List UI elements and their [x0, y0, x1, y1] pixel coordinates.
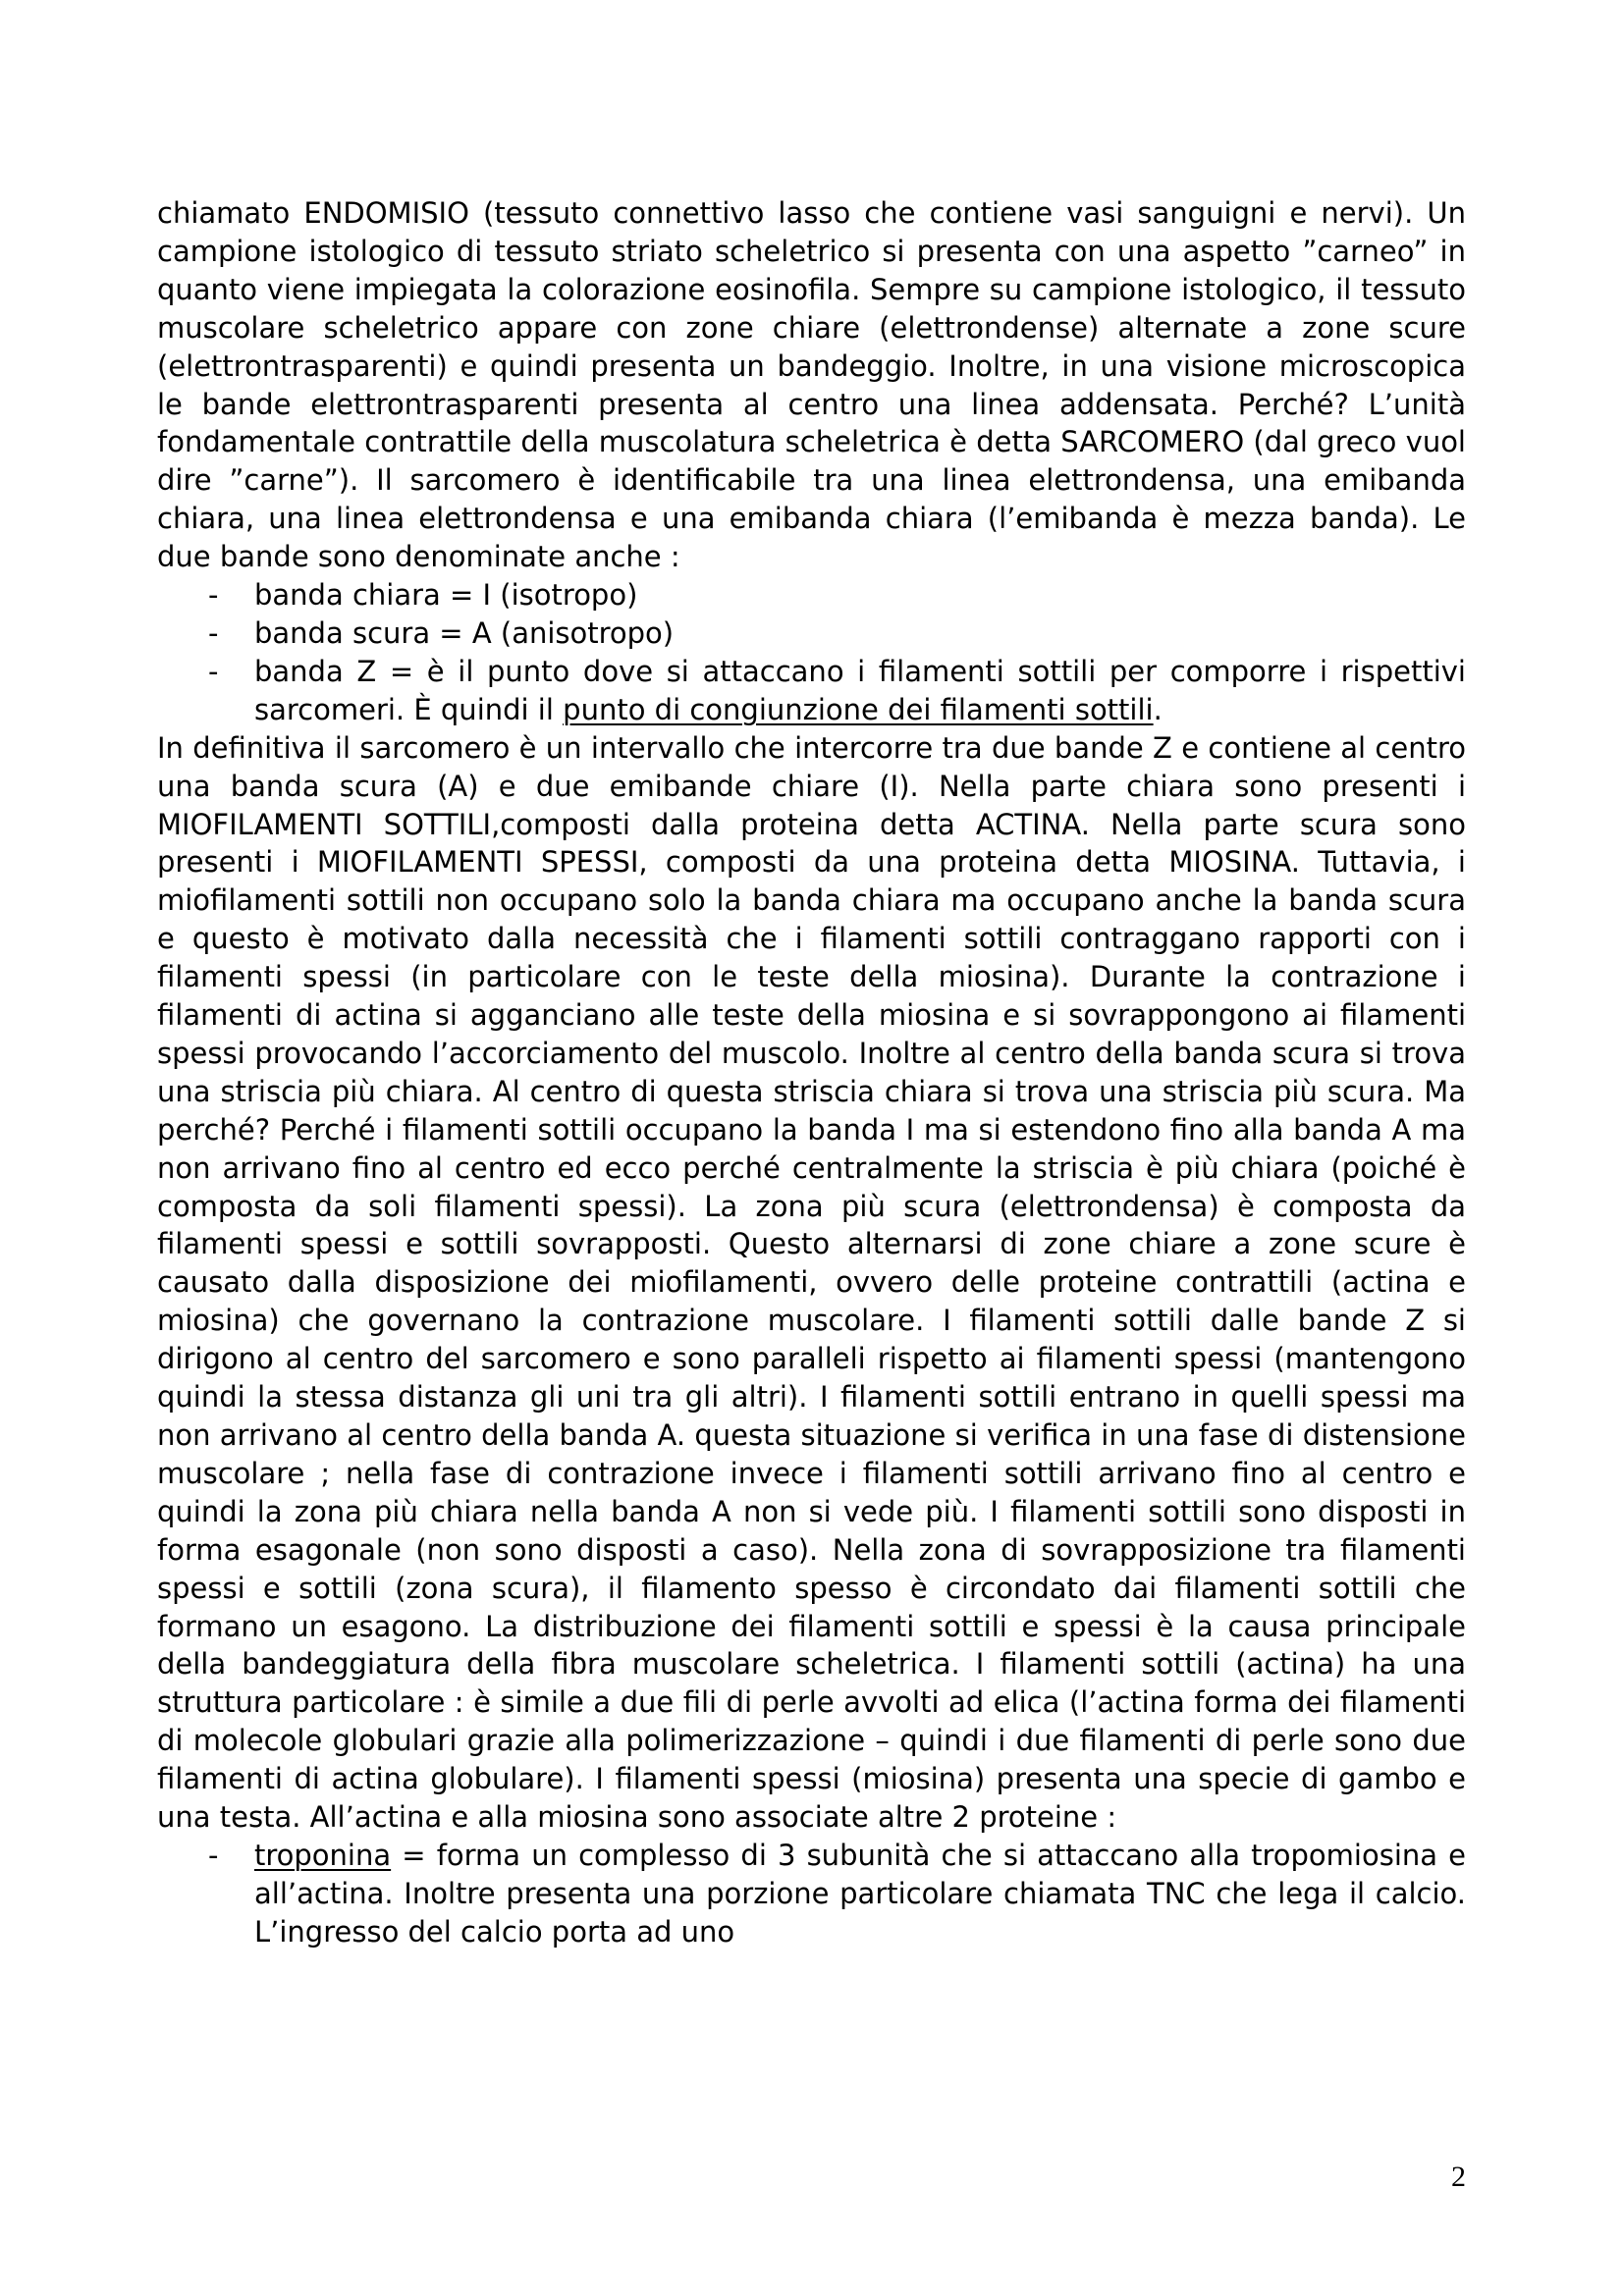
list-item-light-band: - banda chiara = I (isotropo): [157, 576, 1466, 614]
page-number: 2: [1451, 2160, 1466, 2195]
list-item-dark-band: - banda scura = A (anisotropo): [157, 614, 1466, 653]
intro-paragraph: chiamato ENDOMISIO (tessuto connettivo l…: [157, 194, 1466, 576]
list-item-text: banda chiara = I (isotropo): [254, 578, 637, 612]
dash-bullet-icon: -: [208, 614, 218, 653]
list-item-text: = forma un complesso di 3 subunità che s…: [254, 1839, 1466, 1949]
term-troponina: troponina: [254, 1839, 391, 1872]
list-item-z-band: -banda Z = è il punto dove si attaccano …: [157, 653, 1466, 729]
main-paragraph: In definitiva il sarcomero è un interval…: [157, 729, 1466, 1837]
list-item-text: banda scura = A (anisotropo): [254, 616, 674, 650]
list-item-troponina: -troponina = forma un complesso di 3 sub…: [157, 1837, 1466, 1951]
underlined-phrase: punto di congiunzione dei filamenti sott…: [563, 693, 1153, 726]
proteins-list: -troponina = forma un complesso di 3 sub…: [157, 1837, 1466, 1951]
dash-bullet-icon: -: [208, 653, 218, 691]
list-item-trailing-punct: .: [1154, 693, 1163, 726]
dash-bullet-icon: -: [208, 1837, 218, 1875]
dash-bullet-icon: -: [208, 576, 218, 614]
document-page: chiamato ENDOMISIO (tessuto connettivo l…: [157, 194, 1466, 1951]
bands-list: - banda chiara = I (isotropo) - banda sc…: [157, 576, 1466, 729]
